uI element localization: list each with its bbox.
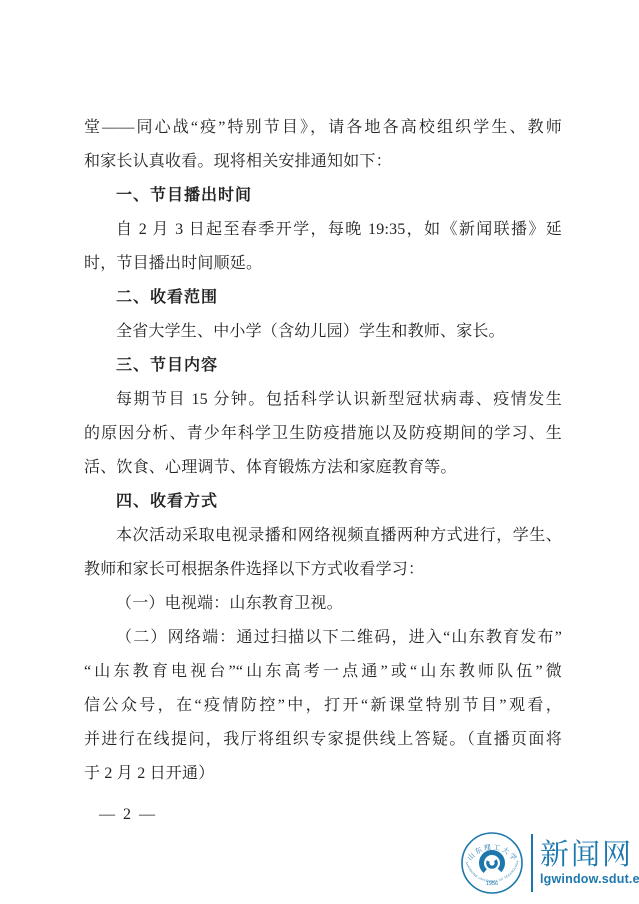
document-line: 并进行在线提问，我厅将组织专家提供线上答疑。（直播页面将 (84, 723, 562, 757)
document-line: 自 2 月 3 日起至春季开学，每晚 19:35，如《新闻联播》延 (84, 213, 562, 247)
watermark-site-url: lgwindow.sdut.edu.cn (540, 872, 639, 887)
document-line: 三、节目内容 (84, 349, 562, 383)
document-line: 全省大学生、中小学（含幼儿园）学生和教师、家长。 (84, 315, 562, 349)
document-line: （一）电视端：山东教育卫视。 (84, 587, 562, 621)
watermark: 山东理工大学 SHANDONG UNIVERSITY OF TECHNOLOGY… (460, 831, 639, 895)
document-line: 信公众号，在“疫情防控”中，打开“新课堂特别节目”观看， (84, 689, 562, 723)
document-line: 本次活动采取电视录播和网络视频直播两种方式进行，学生、 (84, 519, 562, 553)
document-line: “山东教育电视台”“山东高考一点通”或“山东教师队伍”微 (84, 655, 562, 689)
document-line: 四、收看方式 (84, 485, 562, 519)
seal-swirl-inner (486, 857, 498, 869)
document-line: （二）网络端：通过扫描以下二维码，进入“山东教育发布” (84, 621, 562, 655)
university-seal-icon: 山东理工大学 SHANDONG UNIVERSITY OF TECHNOLOGY… (460, 831, 524, 895)
document-line: 于 2 月 2 日开通） (84, 757, 562, 791)
watermark-divider (531, 834, 533, 892)
document-line: 堂——同心战“疫”特别节目》，请各地各高校组织学生、教师 (84, 111, 562, 145)
watermark-text: 新闻网 lgwindow.sdut.edu.cn (540, 839, 639, 887)
document-line: 活、饮食、心理调节、体育锻炼方法和家庭教育等。 (84, 451, 562, 485)
seal-bottom-text: SHANDONG UNIVERSITY OF TECHNOLOGY (465, 859, 520, 883)
document-line: 每期节目 15 分钟。包括科学认识新型冠状病毒、疫情发生 (84, 383, 562, 417)
document-line: 一、节目播出时间 (84, 179, 562, 213)
document-line: 教师和家长可根据条件选择以下方式收看学习： (84, 553, 562, 587)
page-number: — 2 — (99, 798, 157, 832)
document-line: 时，节目播出时间顺延。 (84, 247, 562, 281)
document-line: 二、收看范围 (84, 281, 562, 315)
seal-year: 1956 (486, 881, 498, 887)
document-line: 的原因分析、青少年科学卫生防疫措施以及防疫期间的学习、生 (84, 417, 562, 451)
document-lines: 堂——同心战“疫”特别节目》，请各地各高校组织学生、教师和家长认真收看。现将相关… (84, 111, 562, 791)
document-line: 和家长认真收看。现将相关安排通知如下： (84, 145, 562, 179)
watermark-site-name: 新闻网 (540, 839, 639, 872)
page: 堂——同心战“疫”特别节目》，请各地各高校组织学生、教师和家长认真收看。现将相关… (0, 0, 639, 904)
